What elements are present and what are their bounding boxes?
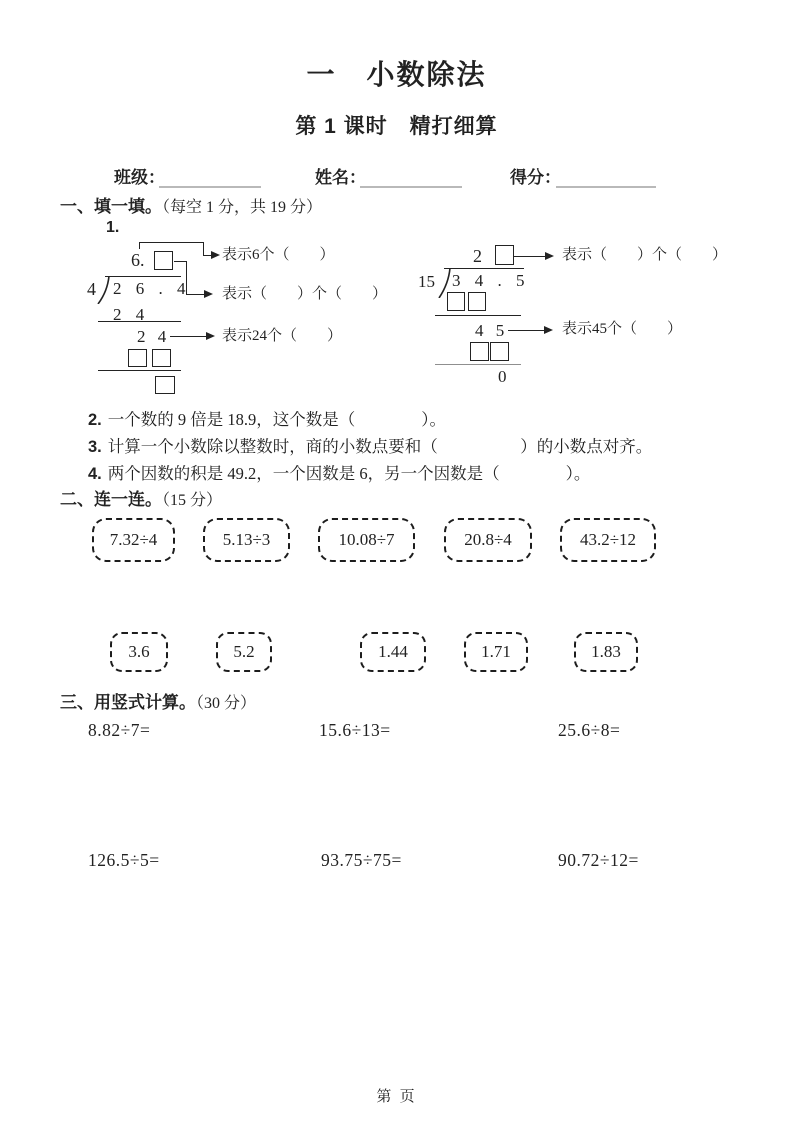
arrow-line (186, 294, 205, 295)
divisor: 4 (87, 280, 96, 298)
worksheet-page: 一 小数除法 第 1 课时 精打细算 班级： 姓名： 得分： 一、填一填。（每空… (0, 0, 793, 1122)
name-label: 姓名： (315, 163, 366, 188)
answer-box[interactable] (495, 245, 514, 265)
bracket-stub-line (139, 242, 140, 249)
section2-heading: 二、连一连。（15 分） (60, 485, 222, 510)
remainder-row: 4 5 (475, 322, 504, 339)
question3-number: 3. (88, 438, 102, 456)
answer-box[interactable] (128, 349, 147, 367)
arrow-right-icon (211, 251, 220, 259)
section1-heading: 一、填一填。（每空 1 分，共 19 分） (60, 192, 322, 217)
answer-box[interactable] (447, 292, 465, 311)
calc-expression: 90.72÷12= (558, 850, 639, 871)
section1-title: 一、填一填。 (60, 197, 162, 216)
class-blank-line[interactable] (159, 186, 261, 188)
match-card[interactable]: 7.32÷4 (92, 518, 175, 562)
match-card[interactable]: 1.83 (574, 632, 638, 672)
division-line (98, 321, 181, 322)
division-diagram-left: 表示6个（ ） 6. 表示（ ）个（ ） 4 2 6 . 4 2 4 2 4 表… (85, 240, 415, 400)
vinculum-line (105, 276, 181, 277)
bracket-right-line (203, 242, 204, 255)
question-2: 2.一个数的 9 倍是 18.9，这个数是（ ）。 (88, 406, 446, 430)
section1-score: （每空 1 分，共 19 分） (162, 199, 322, 216)
question4-text: 两个因数的积是 49.2，一个因数是 6，另一个因数是（ ）。 (108, 464, 591, 483)
question2-text: 一个数的 9 倍是 18.9，这个数是（ ）。 (108, 410, 446, 429)
match-card[interactable]: 20.8÷4 (444, 518, 532, 562)
question3-text: 计算一个小数除以整数时，商的小数点要和（ ）的小数点对齐。 (108, 437, 653, 456)
arrow-line (508, 330, 545, 331)
meaning-label-top: 表示6个（ ） (222, 247, 335, 264)
quotient-digits: 6. (131, 251, 145, 269)
page-footer: 第 页 (0, 1085, 793, 1106)
division-line (98, 370, 181, 371)
score-blank-line[interactable] (556, 186, 656, 188)
calc-expression: 25.6÷8= (558, 720, 620, 741)
answer-box[interactable] (490, 342, 509, 361)
answer-box[interactable] (470, 342, 489, 361)
question-4: 4.两个因数的积是 49.2，一个因数是 6，另一个因数是（ ）。 (88, 460, 590, 484)
class-label: 班级： (114, 163, 165, 188)
division-line (435, 315, 521, 316)
arrow-right-icon (544, 326, 553, 334)
page-title: 一 小数除法 (0, 53, 793, 93)
arrow-line (514, 256, 546, 257)
section3-heading: 三、用竖式计算。（30 分） (60, 688, 256, 713)
dividend: 2 6 . 4 (113, 280, 188, 297)
answer-box[interactable] (152, 349, 171, 367)
answer-box[interactable] (468, 292, 486, 311)
meaning-label-mid: 表示45个（ ） (562, 321, 682, 338)
remainder-row: 2 4 (137, 328, 166, 345)
match-card[interactable]: 43.2÷12 (560, 518, 656, 562)
divisor: 15 (418, 273, 435, 290)
calc-expression: 15.6÷13= (319, 720, 391, 741)
section3-score: （30 分） (196, 695, 256, 712)
question2-number: 2. (88, 411, 102, 429)
match-card[interactable]: 1.71 (464, 632, 528, 672)
question-3: 3.计算一个小数除以整数时，商的小数点要和（ ）的小数点对齐。 (88, 433, 652, 457)
bracket-top-line (139, 242, 203, 243)
arrow-line (170, 336, 207, 337)
question1-number: 1. (106, 219, 119, 237)
answer-box[interactable] (155, 376, 175, 394)
division-bracket-curve (97, 276, 111, 304)
question4-number: 4. (88, 465, 102, 483)
quotient-digits: 2 (473, 247, 482, 265)
match-card[interactable]: 10.08÷7 (318, 518, 415, 562)
name-blank-line[interactable] (360, 186, 462, 188)
meaning-label-bottom: 表示24个（ ） (222, 328, 342, 345)
match-card[interactable]: 5.13÷3 (203, 518, 290, 562)
score-label: 得分： (510, 163, 561, 188)
lesson-subtitle: 第 1 课时 精打细算 (0, 110, 793, 140)
division-diagram-right: 2 表示（ ）个（ ） 15 3 4 . 5 4 5 表示45个（ ） 0 (418, 240, 758, 390)
arrow-right-icon (545, 252, 554, 260)
meaning-label-top: 表示（ ）个（ ） (562, 247, 727, 264)
answer-box[interactable] (154, 251, 173, 270)
match-card[interactable]: 3.6 (110, 632, 168, 672)
arrow-right-icon (206, 332, 215, 340)
meaning-label-mid: 表示（ ）个（ ） (222, 286, 387, 303)
match-card[interactable]: 5.2 (216, 632, 272, 672)
arrow-right-icon (204, 290, 213, 298)
vinculum-line (444, 268, 524, 269)
section3-title: 三、用竖式计算。 (60, 693, 196, 712)
division-line (435, 364, 521, 365)
calc-expression: 126.5÷5= (88, 850, 160, 871)
calc-expression: 8.82÷7= (88, 720, 150, 741)
dividend: 3 4 . 5 (452, 272, 527, 289)
calc-expression: 93.75÷75= (321, 850, 402, 871)
section2-score: （15 分） (162, 492, 222, 509)
section2-title: 二、连一连。 (60, 490, 162, 509)
final-remainder: 0 (498, 368, 507, 385)
match-card[interactable]: 1.44 (360, 632, 426, 672)
